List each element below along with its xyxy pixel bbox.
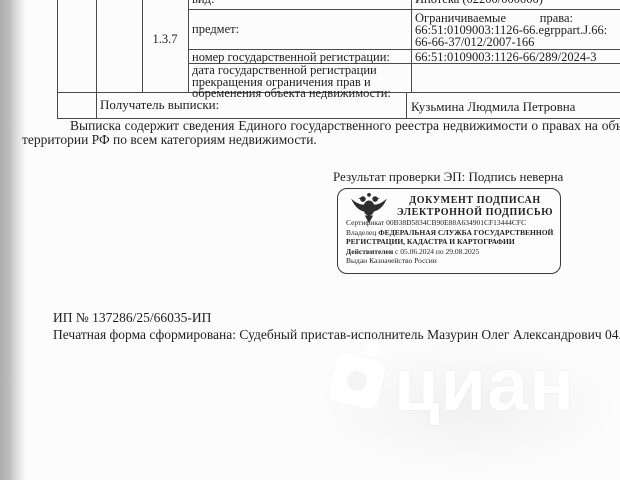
certificate-line: Сертификат 00B38D5834CB90E88A634901CF134… [346, 218, 556, 228]
owner-value-line1: ФЕДЕРАЛЬНАЯ СЛУЖБА ГОСУДАРСТВЕННОЙ [378, 228, 553, 237]
vid-value: Ипотека (02200/000000) [415, 0, 543, 5]
table-border [411, 0, 412, 92]
predmet-value-line3: 66-66-37/012/2007-166 [415, 36, 620, 48]
validity-line: Действителен с 05.06.2024 по 29.08.2025 [346, 247, 556, 257]
note-line1: Выписка содержит сведения Единого госуда… [22, 119, 620, 133]
issuer-line: Выдан Казначейство России [346, 256, 556, 266]
termination-date-label: дата государственной регистрации прекращ… [192, 65, 391, 100]
recipient-label: Получатель выписки: [100, 99, 219, 111]
house-logo-hole [345, 369, 369, 393]
issuer-label: Выдан [346, 256, 367, 265]
table-border [188, 0, 189, 92]
note-paragraph: Выписка содержит сведения Единого госуда… [22, 119, 620, 147]
vid-label: вид: [192, 0, 214, 5]
predmet-value: Ограничиваемые права: 66:51:0109003:1126… [415, 12, 620, 48]
stamp-title: ДОКУМЕНТ ПОДПИСАН ЭЛЕКТРОННОЙ ПОДПИСЬЮ [396, 195, 554, 218]
signature-stamp: ДОКУМЕНТ ПОДПИСАН ЭЛЕКТРОННОЙ ПОДПИСЬЮ С… [337, 188, 561, 274]
validity-value: с 05.06.2024 по 29.08.2025 [395, 247, 479, 256]
validity-label: Действителен [346, 247, 393, 256]
owner-label: Владелец [346, 228, 376, 237]
table-border [188, 9, 620, 10]
owner-line1: Владелец ФЕДЕРАЛЬНАЯ СЛУЖБА ГОСУДАРСТВЕН… [346, 228, 556, 238]
issuer-value: Казначейство России [369, 256, 437, 265]
item-number: 1.3.7 [142, 33, 188, 45]
recipient-value: Кузьмина Людмила Петровна [411, 101, 575, 113]
stamp-details: Сертификат 00B38D5834CB90E88A634901CF134… [346, 218, 556, 266]
table-border [142, 0, 143, 92]
note-line2: территории РФ по всем категориям недвижи… [22, 133, 620, 147]
regnum-value: 66:51:0109003:1126-66/289/2024-3 [415, 51, 596, 63]
cian-watermark: циан [394, 348, 575, 422]
owner-line2: РЕГИСТРАЦИИ, КАДАСТРА И КАРТОГРАФИИ [346, 237, 556, 247]
scan-page-edge [0, 0, 26, 480]
ep-check-result: Результат проверки ЭП: Подпись неверна [333, 169, 563, 185]
table-border [406, 92, 407, 118]
table-border [57, 0, 58, 118]
case-number: ИП № 137286/25/66035-ИП [53, 310, 211, 326]
predmet-label: предмет: [192, 23, 239, 35]
stamp-title-line1: ДОКУМЕНТ ПОДПИСАН [396, 195, 554, 207]
termination-date-line3: обременения объекта недвижимости: [192, 88, 391, 100]
owner-value-line2: РЕГИСТРАЦИИ, КАДАСТРА И КАРТОГРАФИИ [346, 237, 515, 246]
certificate-value: 00B38D5834CB90E88A634901CF13444CFC [386, 218, 526, 227]
stamp-title-line2: ЭЛЕКТРОННОЙ ПОДПИСЬЮ [396, 207, 554, 219]
certificate-label: Сертификат [346, 218, 384, 227]
regnum-label: номер государственной регистрации: [192, 51, 390, 63]
table-border [96, 0, 97, 118]
